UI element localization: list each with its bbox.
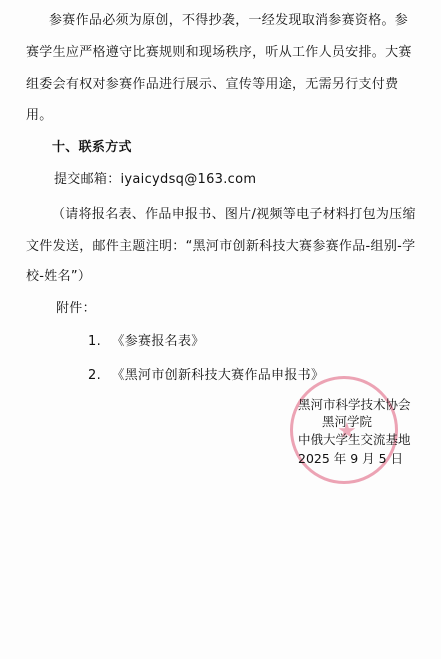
attachment-item: 2. 《黑河市创新科技大赛作品申报书》	[88, 368, 324, 384]
attachment-item: 1. 《参赛报名表》	[88, 334, 205, 350]
attachment-number: 1.	[88, 334, 101, 349]
attachment-number: 2.	[88, 368, 101, 383]
official-seal: ★	[290, 376, 398, 484]
document-page: 参赛作品必须为原创，不得抄袭，一经发现取消参赛资格。参 赛学生应严格遵守比赛规则…	[0, 0, 441, 659]
attachment-title: 《参赛报名表》	[111, 334, 204, 349]
rules-line-1: 参赛作品必须为原创，不得抄袭，一经发现取消参赛资格。参	[49, 13, 408, 29]
email-address[interactable]: iyaicydsq@163.com	[121, 172, 257, 187]
email-row: 提交邮箱：iyaicydsq@163.com	[54, 172, 256, 188]
attachments-label: 附件：	[56, 301, 96, 317]
note-line-2: 文件发送，邮件主题注明：“黑河市创新科技大赛参赛作品-组别-学	[26, 239, 415, 255]
email-label: 提交邮箱：	[54, 172, 121, 187]
section-heading-contact: 十、联系方式	[52, 140, 132, 156]
signature-org-3: 中俄大学生交流基地	[298, 432, 411, 448]
rules-line-2: 赛学生应严格遵守比赛规则和现场秩序，听从工作人员安排。大赛	[26, 45, 412, 61]
rules-line-4: 用。	[26, 108, 53, 124]
signature-org-1: 黑河市科学技术协会	[298, 397, 411, 413]
note-line-3: 校-姓名”）	[26, 269, 91, 285]
signature-date: 2025 年 9 月 5 日	[298, 451, 403, 467]
note-line-1: （请将报名表、作品申报书、图片/视频等电子材料打包为压缩	[52, 207, 416, 223]
attachment-title: 《黑河市创新科技大赛作品申报书》	[111, 368, 324, 383]
rules-line-3: 组委会有权对参赛作品进行展示、宣传等用途，无需另行支付费	[26, 77, 398, 93]
signature-org-2: 黑河学院	[322, 414, 372, 430]
